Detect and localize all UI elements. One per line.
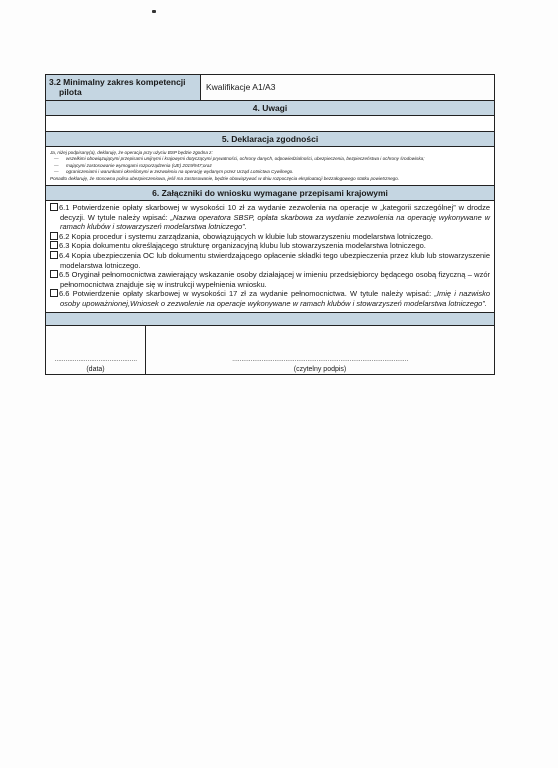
attachment-text: 6.2 Kopia procedur i systemu zarządzania… bbox=[59, 232, 433, 241]
checkbox-icon[interactable] bbox=[50, 232, 58, 240]
checkbox-icon[interactable] bbox=[50, 251, 58, 259]
declaration-heading: 5. Deklaracja zgodności bbox=[46, 132, 494, 146]
row-declaration-heading: 5. Deklaracja zgodności bbox=[46, 132, 494, 147]
spacer-band bbox=[46, 313, 494, 325]
label-line-2: pilota bbox=[49, 87, 197, 97]
dash-bullet: — bbox=[50, 169, 66, 175]
pilot-competence-label: 3.2 Minimalny zakres kompetencji pilota bbox=[46, 75, 201, 100]
attachment-item-6-5: 6.5 Oryginał pełnomocnictwa zawierający … bbox=[50, 270, 490, 289]
date-cell[interactable]: ……………………………………… (data) bbox=[46, 326, 146, 374]
pilot-competence-value[interactable]: Kwalifikacje A1/A3 bbox=[201, 75, 494, 100]
checkbox-icon[interactable] bbox=[50, 203, 58, 211]
attachment-text: 6.6 Potwierdzenie opłaty skarbowej w wys… bbox=[59, 289, 434, 298]
attachment-text: 6.5 Oryginał pełnomocnictwa zawierający … bbox=[59, 270, 490, 289]
checkbox-icon[interactable] bbox=[50, 270, 58, 278]
attachment-item-6-3: 6.3 Kopia dokumentu określającego strukt… bbox=[50, 241, 490, 251]
row-spacer bbox=[46, 313, 494, 326]
scan-speck bbox=[152, 10, 156, 13]
attachment-text: 6.3 Kopia dokumentu określającego strukt… bbox=[59, 241, 426, 250]
attachment-item-6-1: 6.1 Potwierdzenie opłaty skarbowej w wys… bbox=[50, 203, 490, 232]
checkbox-icon[interactable] bbox=[50, 289, 58, 297]
date-dotted-line: ……………………………………… bbox=[46, 357, 145, 363]
remarks-field[interactable] bbox=[46, 116, 494, 131]
declaration-closing: Ponadto deklaruję, że stosowna polisa ub… bbox=[50, 176, 490, 182]
remarks-heading: 4. Uwagi bbox=[46, 101, 494, 115]
attachment-text: 6.4 Kopia ubezpieczenia OC lub dokumentu… bbox=[59, 251, 490, 270]
date-caption: (data) bbox=[46, 366, 145, 373]
row-signature: ……………………………………… (data) ……………………………………………… bbox=[46, 326, 494, 374]
declaration-text: Ja, niżej podpisany(a), deklaruję, że op… bbox=[46, 147, 494, 185]
application-form: 3.2 Minimalny zakres kompetencji pilota … bbox=[45, 74, 495, 375]
declaration-item-text: ograniczeniami i warunkami określonymi w… bbox=[66, 169, 294, 175]
row-remarks-content bbox=[46, 116, 494, 132]
signature-caption: (czytelny podpis) bbox=[146, 366, 494, 373]
row-attachments-heading: 6. Załączniki do wniosku wymagane przepi… bbox=[46, 186, 494, 201]
row-attachments-list: 6.1 Potwierdzenie opłaty skarbowej w wys… bbox=[46, 201, 494, 313]
row-declaration-text: Ja, niżej podpisany(a), deklaruję, że op… bbox=[46, 147, 494, 186]
checkbox-icon[interactable] bbox=[50, 241, 58, 249]
attachment-item-6-2: 6.2 Kopia procedur i systemu zarządzania… bbox=[50, 232, 490, 242]
row-pilot-competence: 3.2 Minimalny zakres kompetencji pilota … bbox=[46, 75, 494, 101]
row-remarks-heading: 4. Uwagi bbox=[46, 101, 494, 116]
attachments-heading: 6. Załączniki do wniosku wymagane przepi… bbox=[46, 186, 494, 200]
attachment-item-6-4: 6.4 Kopia ubezpieczenia OC lub dokumentu… bbox=[50, 251, 490, 270]
signature-cell[interactable]: …………………………………………………………………………………… (czytel… bbox=[146, 326, 494, 374]
signature-dotted-line: …………………………………………………………………………………… bbox=[146, 357, 494, 363]
label-line-1: 3.2 Minimalny zakres kompetencji bbox=[49, 77, 197, 87]
attachments-list: 6.1 Potwierdzenie opłaty skarbowej w wys… bbox=[46, 201, 494, 312]
attachment-item-6-6: 6.6 Potwierdzenie opłaty skarbowej w wys… bbox=[50, 289, 490, 308]
